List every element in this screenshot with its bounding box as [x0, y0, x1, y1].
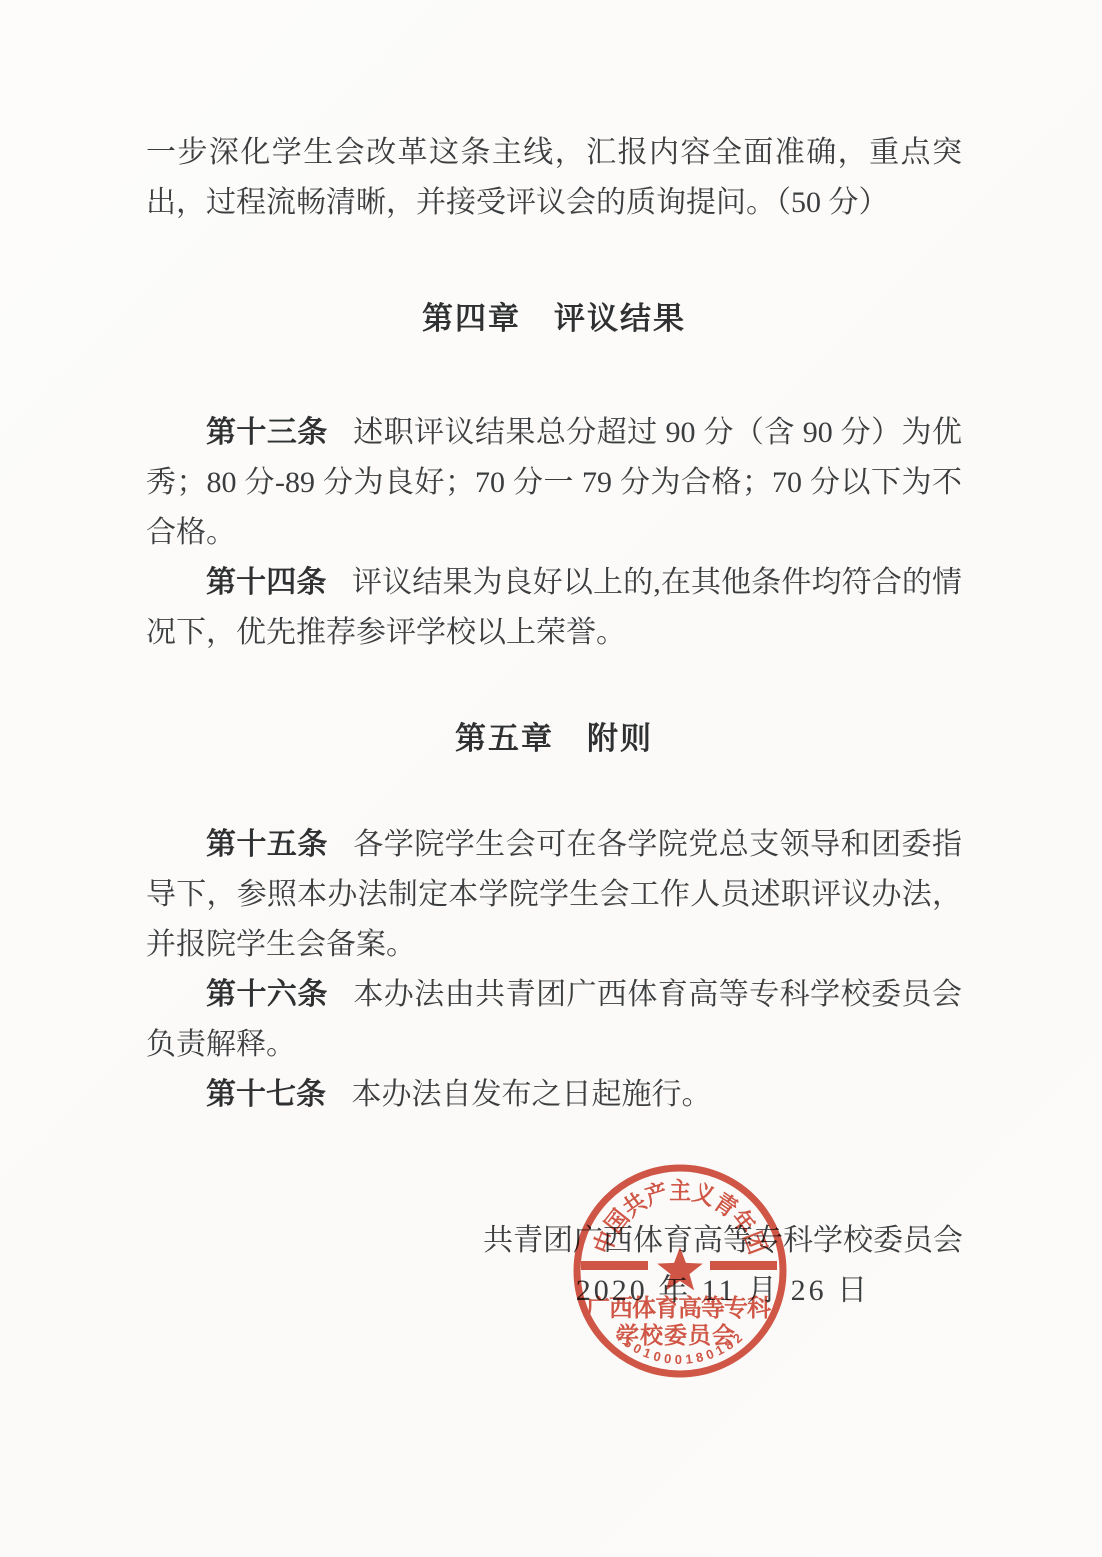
article-16-label: 第十六条: [206, 978, 328, 1011]
intro-paragraph: 一步深化学生会改革这条主线，汇报内容全面准确，重点突出，过程流畅清晰，并接受评议…: [146, 128, 962, 228]
seal-star-icon: [657, 1247, 703, 1290]
article-14: 第十四条评议结果为良好以上的,在其他条件均符合的情况下，优先推荐参评学校以上荣誉…: [146, 558, 962, 658]
seal-bar-left-icon: [581, 1261, 648, 1270]
article-16: 第十六条本办法由共青团广西体育高等专科学校委员会负责解释。: [146, 970, 962, 1070]
document-page: 一步深化学生会改革这条主线，汇报内容全面准确，重点突出，过程流畅清晰，并接受评议…: [0, 0, 1102, 1557]
chapter-5-heading: 第五章 附则: [146, 714, 962, 764]
chapter-4-heading: 第四章 评议结果: [146, 294, 962, 344]
document-content: 一步深化学生会改革这条主线，汇报内容全面准确，重点突出，过程流畅清晰，并接受评议…: [146, 128, 962, 1316]
article-15: 第十五条各学院学生会可在各学院党总支领导和团委指导下，参照本办法制定本学院学生会…: [146, 820, 962, 970]
article-13: 第十三条述职评议结果总分超过 90 分（含 90 分）为优秀；80 分-89 分…: [146, 408, 962, 558]
scanned-document: { "document": { "intro": "一步深化学生会改革这条主线，…: [0, 0, 1102, 1557]
article-17-label: 第十七条: [206, 1078, 326, 1111]
article-15-label: 第十五条: [206, 828, 328, 861]
official-seal: 中国共产主义青年团 广西体育高等专科 学校委员会 4501000180182: [550, 1141, 810, 1401]
seal-org-line1: 广西体育高等专科: [586, 1294, 772, 1322]
article-13-label: 第十三条: [206, 416, 328, 449]
article-17-text: 本办法自发布之日起施行。: [352, 1078, 712, 1111]
article-17: 第十七条本办法自发布之日起施行。: [146, 1070, 962, 1120]
seal-bar-right-icon: [710, 1261, 777, 1270]
article-14-label: 第十四条: [206, 566, 327, 599]
